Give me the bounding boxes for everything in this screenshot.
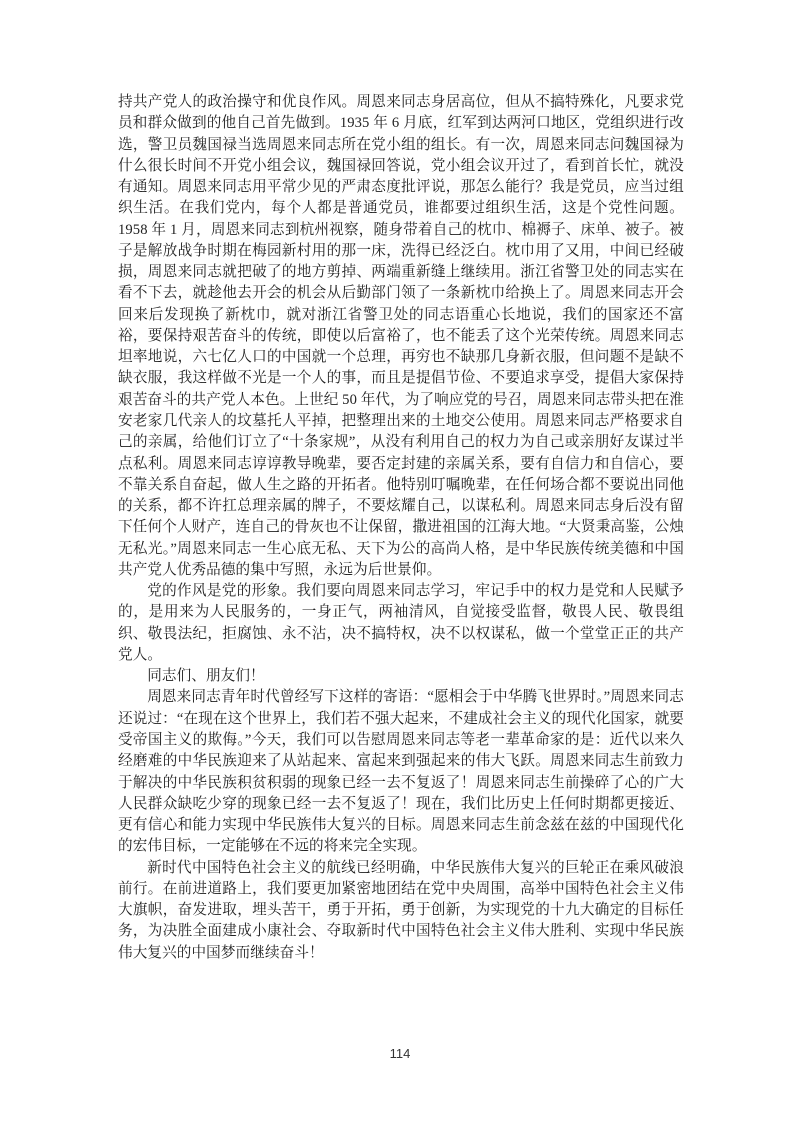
paragraph: 党的作风是党的形象。我们要向周恩来同志学习，牢记手中的权力是党和人民赋予的，是用… (118, 581, 684, 666)
document-page: 持共产党人的政治操守和优良作风。周恩来同志身居高位，但从不搞特殊化，凡要求党员和… (0, 0, 800, 1133)
page-number: 114 (0, 1046, 800, 1062)
paragraph: 新时代中国特色社会主义的航线已经明确，中华民族伟大复兴的巨轮正在乘风破浪前行。在… (118, 858, 684, 964)
paragraph-salutation: 同志们、朋友们！ (118, 666, 684, 687)
paragraph-continuation: 持共产党人的政治操守和优良作风。周恩来同志身居高位，但从不搞特殊化，凡要求党员和… (118, 92, 684, 581)
paragraph: 周恩来同志青年时代曾经写下这样的寄语：“愿相会于中华腾飞世界时。”周恩来同志还说… (118, 687, 684, 857)
text-block: 持共产党人的政治操守和优良作风。周恩来同志身居高位，但从不搞特殊化，凡要求党员和… (118, 92, 684, 964)
